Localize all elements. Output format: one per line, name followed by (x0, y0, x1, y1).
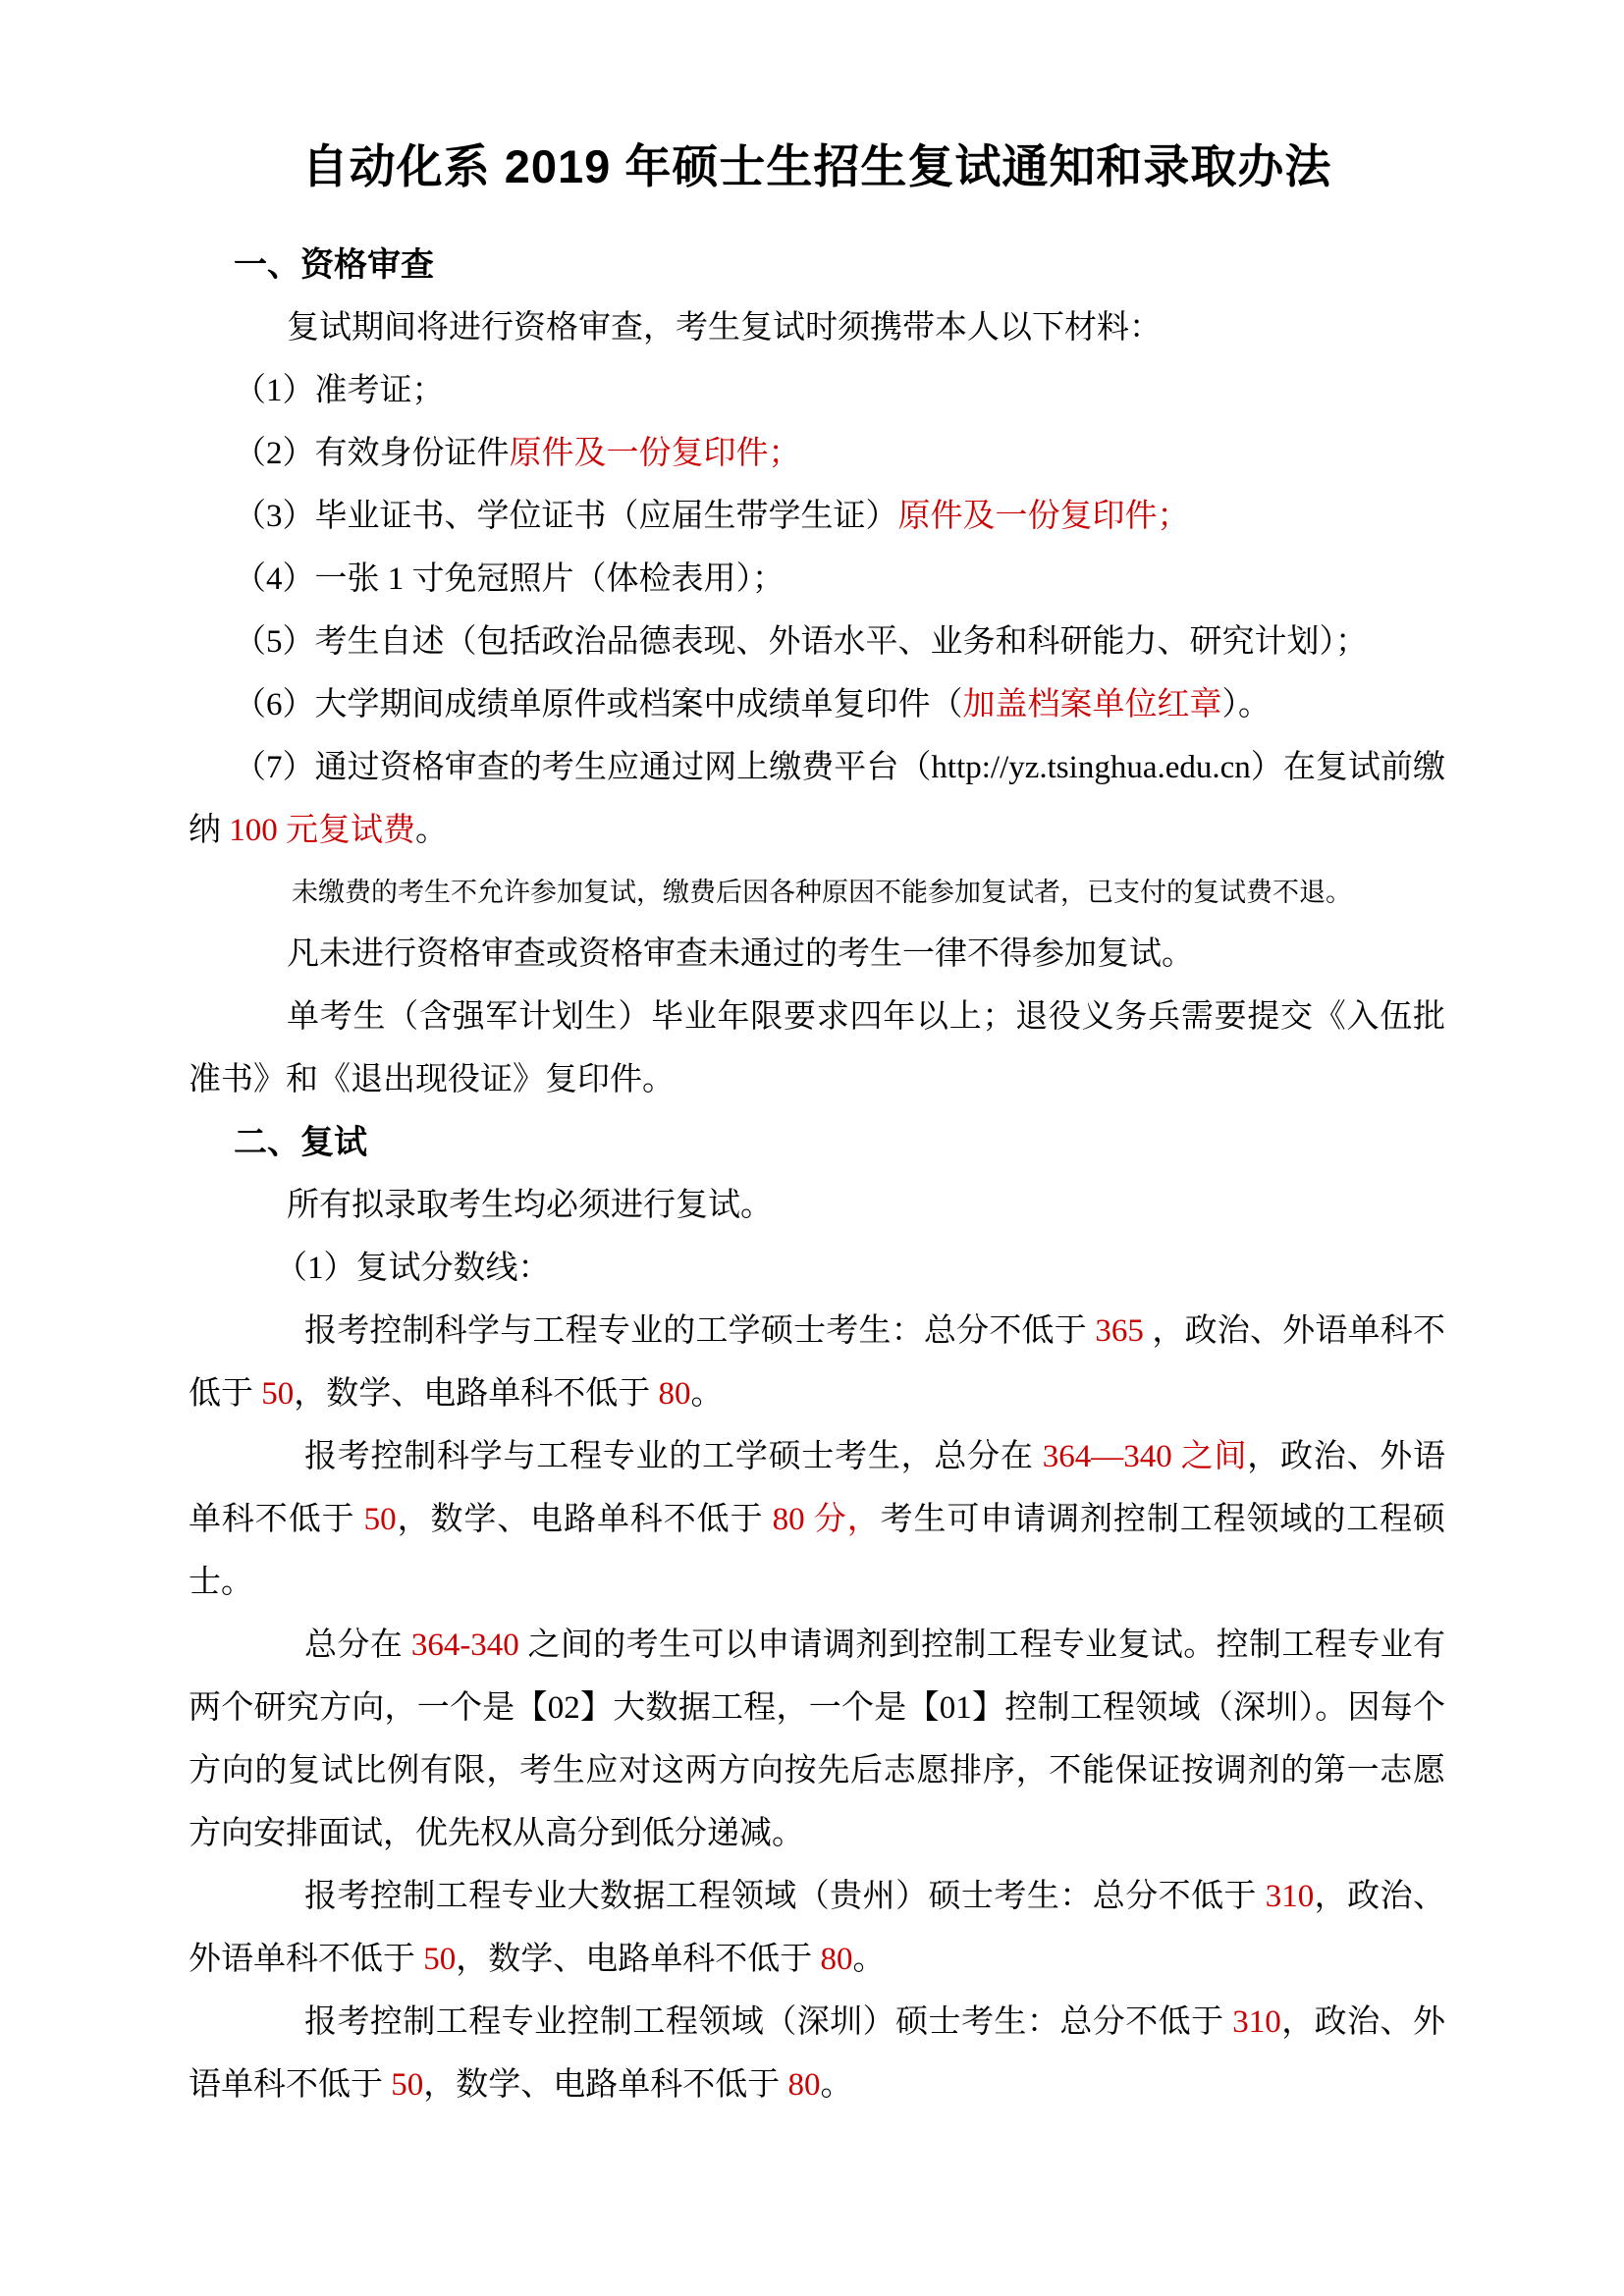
paragraph: 报考控制科学与工程专业的工学硕士考生：总分不低于 365 ，政治、外语单科不低于… (189, 1300, 1445, 1425)
text-run: （3）毕业证书、学位证书（应届生带学生证） (234, 499, 898, 534)
paragraph: 报考控制工程专业大数据工程领域（贵州）硕士考生：总分不低于 310，政治、外语单… (189, 1865, 1445, 1991)
text-run: 复试期间将进行资格审查，考生复试时须携带本人以下材料： (287, 310, 1162, 346)
highlighted-text: 100 元复试费 (229, 813, 415, 848)
highlighted-text: 80 (788, 2067, 821, 2103)
text-run: ，数学、电路单科不低于 (423, 2067, 787, 2103)
text-run: 所有拟录取考生均必须进行复试。 (287, 1188, 773, 1223)
paragraph: 凡未进行资格审查或资格审查未通过的考生一律不得参加复试。 (189, 923, 1445, 986)
paragraph: （1）复试分数线： (189, 1237, 1445, 1300)
document-page: 自动化系 2019 年硕士生招生复试通知和录取办法 一、资格审查复试期间将进行资… (0, 0, 1624, 2296)
paragraph: 单考生（含强军计划生）毕业年限要求四年以上；退役义务兵需要提交《入伍批准书》和《… (189, 986, 1445, 1111)
text-run: 报考控制科学与工程专业的工学硕士考生：总分不低于 (304, 1313, 1095, 1349)
text-run: 未缴费的考生不允许参加复试，缴费后因各种原因不能参加复试者，已支付的复试费不退。 (292, 878, 1352, 907)
document-title: 自动化系 2019 年硕士生招生复试通知和录取办法 (189, 130, 1445, 204)
paragraph: （6）大学期间成绩单原件或档案中成绩单复印件（加盖档案单位红章）。 (189, 673, 1445, 736)
text-run: 总分在 (304, 1628, 411, 1663)
highlighted-text: 原件及一份复印件； (898, 499, 1190, 534)
text-run: （5）考生自述（包括政治品德表现、外语水平、业务和科研能力、研究计划）； (234, 624, 1368, 660)
highlighted-text: 364-340 (411, 1628, 519, 1663)
text-run: 单考生（含强军计划生）毕业年限要求四年以上；退役义务兵需要提交《入伍批准书》和《… (189, 999, 1445, 1097)
paragraph: 所有拟录取考生均必须进行复试。 (189, 1174, 1445, 1237)
paragraph: 总分在 364-340 之间的考生可以申请调剂到控制工程专业复试。控制工程专业有… (189, 1614, 1445, 1865)
text-run: （1）复试分数线： (275, 1251, 551, 1286)
text-run: 。 (691, 1376, 724, 1412)
document-content: 自动化系 2019 年硕士生招生复试通知和录取办法 一、资格审查复试期间将进行资… (0, 130, 1624, 2116)
text-run: ，数学、电路单科不低于 (294, 1376, 658, 1412)
highlighted-text: 50 (423, 1942, 456, 1977)
paragraph: （7）通过资格审查的考生应通过网上缴费平台（http://yz.tsinghua… (189, 736, 1445, 862)
text-run: 。 (853, 1942, 886, 1977)
highlighted-text: 80 (659, 1376, 691, 1412)
document-body: 一、资格审查复试期间将进行资格审查，考生复试时须携带本人以下材料：（1）准考证；… (189, 234, 1445, 2116)
section-heading: 二、复试 (189, 1111, 1445, 1174)
text-run: （6）大学期间成绩单原件或档案中成绩单复印件（ (234, 687, 963, 722)
paragraph: 报考控制科学与工程专业的工学硕士考生，总分在 364—340 之间，政治、外语单… (189, 1425, 1445, 1614)
text-run: 一、资格审查 (234, 246, 434, 284)
paragraph: （2）有效身份证件原件及一份复印件； (189, 422, 1445, 485)
paragraph: （1）准考证； (189, 359, 1445, 422)
highlighted-text: 加盖档案单位红章 (963, 687, 1222, 722)
text-run: 。 (415, 813, 448, 848)
text-run: ，数学、电路单科不低于 (397, 1502, 773, 1537)
text-run: 报考控制工程专业控制工程领域（深圳）硕士考生：总分不低于 (304, 2004, 1232, 2040)
paragraph: （3）毕业证书、学位证书（应届生带学生证）原件及一份复印件； (189, 485, 1445, 548)
section-heading: 一、资格审查 (189, 234, 1445, 296)
highlighted-text: 50 (364, 1502, 397, 1537)
highlighted-text: 50 (391, 2067, 423, 2103)
text-run: 报考控制科学与工程专业的工学硕士考生，总分在 (304, 1439, 1043, 1474)
text-run: （1）准考证； (234, 373, 445, 408)
paragraph: 报考控制工程专业控制工程领域（深圳）硕士考生：总分不低于 310，政治、外语单科… (189, 1991, 1445, 2116)
text-run: 二、复试 (234, 1124, 367, 1161)
paragraph: （4）一张 1 寸免冠照片（体检表用）； (189, 548, 1445, 611)
text-run: ，数学、电路单科不低于 (456, 1942, 820, 1977)
text-run: （4）一张 1 寸免冠照片（体检表用）； (234, 561, 785, 597)
highlighted-text: 原件及一份复印件； (510, 436, 801, 471)
text-run: 。 (821, 2067, 853, 2103)
highlighted-text: 50 (261, 1376, 294, 1412)
paragraph: （5）考生自述（包括政治品德表现、外语水平、业务和科研能力、研究计划）； (189, 611, 1445, 673)
highlighted-text: 310 (1266, 1879, 1315, 1914)
text-run: （2）有效身份证件 (234, 436, 510, 471)
text-run: 报考控制工程专业大数据工程领域（贵州）硕士考生：总分不低于 (304, 1879, 1266, 1914)
highlighted-text: 80 分， (773, 1502, 881, 1537)
paragraph: 复试期间将进行资格审查，考生复试时须携带本人以下材料： (189, 296, 1445, 359)
text-run: 凡未进行资格审查或资格审查未通过的考生一律不得参加复试。 (287, 936, 1194, 972)
highlighted-text: 80 (821, 1942, 853, 1977)
highlighted-text: 365 (1095, 1313, 1144, 1349)
paragraph: 未缴费的考生不允许参加复试，缴费后因各种原因不能参加复试者，已支付的复试费不退。 (189, 862, 1445, 923)
text-run: ）。 (1222, 687, 1272, 722)
highlighted-text: 364—340 之间 (1043, 1439, 1248, 1474)
highlighted-text: 310 (1232, 2004, 1281, 2040)
